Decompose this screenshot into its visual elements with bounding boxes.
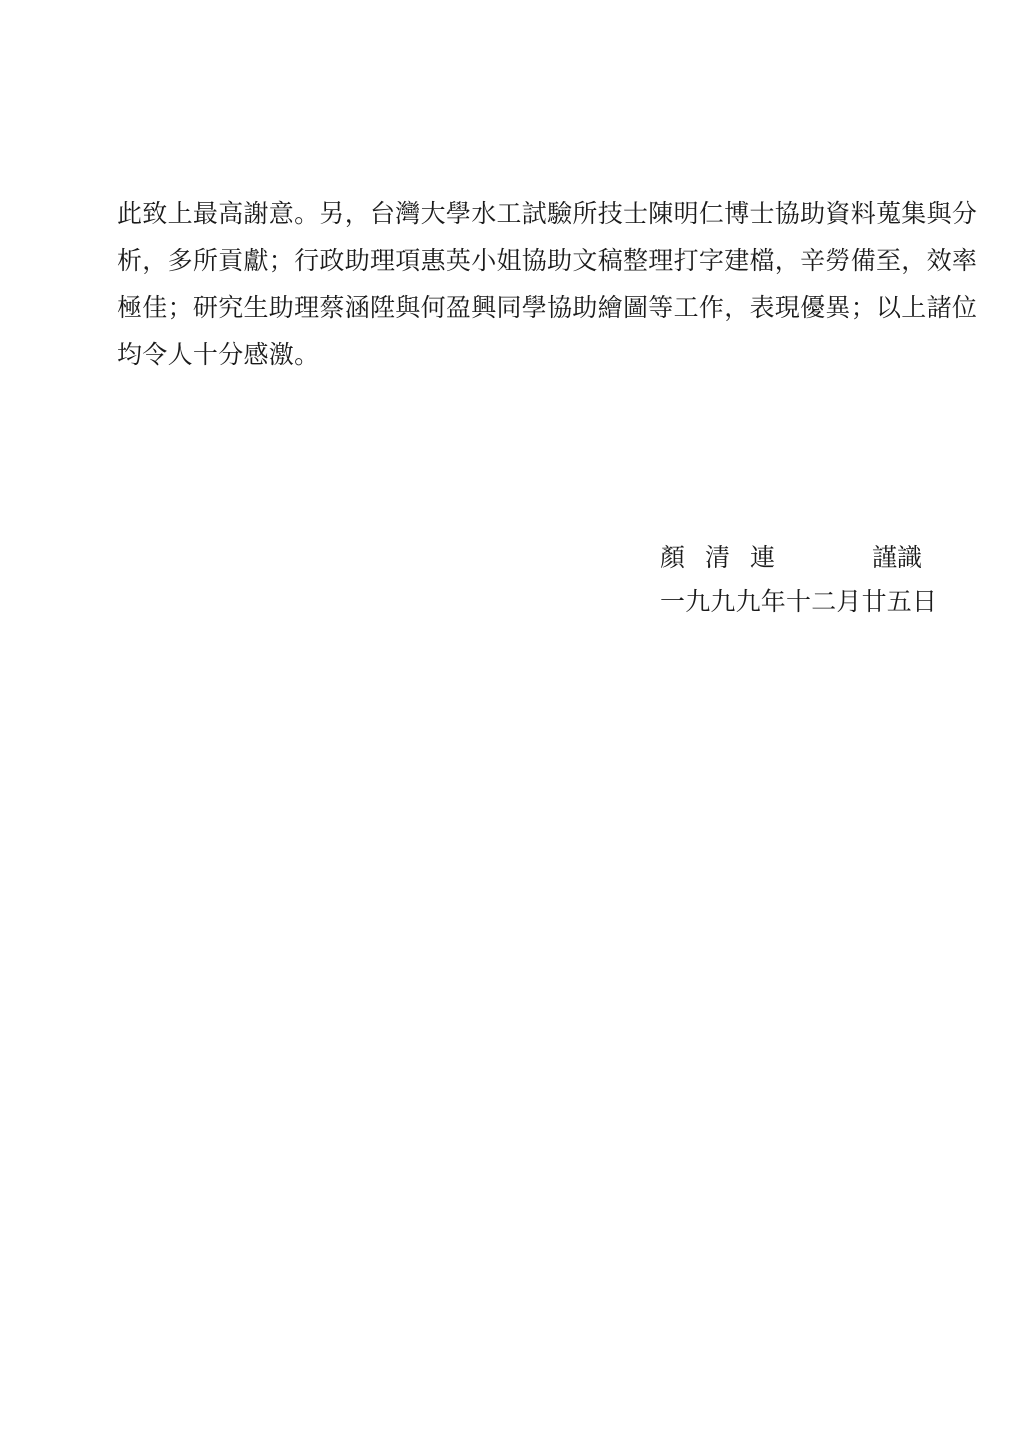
acknowledgement-paragraph: 此致上最高謝意。另，台灣大學水工試驗所技士陳明仁博士協助資料蒐集與分 析，多所貢… (117, 190, 927, 378)
closing-text: 謹識 (872, 536, 922, 580)
signature-date: 一九九九年十二月廿五日 (660, 580, 922, 624)
signature-row: 顏清連 謹識 (660, 536, 922, 580)
author-name: 顏清連 (660, 536, 795, 580)
paragraph-line: 析，多所貢獻；行政助理項惠英小姐協助文稿整理打字建檔，辛勞備至，效率 (117, 237, 927, 284)
paragraph-line: 極佳；研究生助理蔡涵陞與何盈興同學協助繪圖等工作，表現優異；以上諸位 (117, 284, 927, 331)
paragraph-line: 均令人十分感激。 (117, 331, 927, 378)
document-page: 此致上最高謝意。另，台灣大學水工試驗所技士陳明仁博士協助資料蒐集與分 析，多所貢… (0, 0, 1024, 1451)
paragraph-line: 此致上最高謝意。另，台灣大學水工試驗所技士陳明仁博士協助資料蒐集與分 (117, 190, 927, 237)
signature-block: 顏清連 謹識 一九九九年十二月廿五日 (660, 536, 922, 624)
